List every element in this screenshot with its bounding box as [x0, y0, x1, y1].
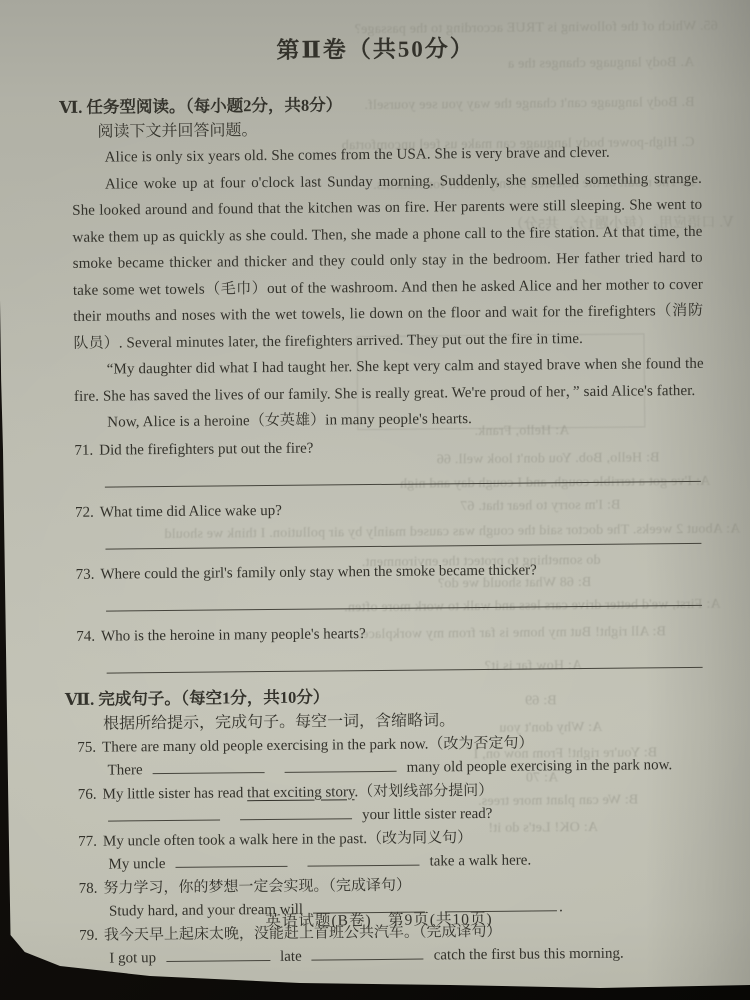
item-prompt: My little sister has read — [102, 785, 247, 802]
answer-text: your little sister read? — [362, 806, 493, 823]
question-text: Where could the girl's family only stay … — [100, 562, 536, 582]
passage-paragraph: Now, Alice is a heroine（女英雄）in many peop… — [74, 404, 704, 437]
item-number: 76. — [78, 786, 97, 802]
item-75: 75.There are many old people exercising … — [77, 730, 707, 783]
item-prompt: .（对划线部分提问） — [354, 782, 493, 799]
item-number: 78. — [79, 880, 98, 896]
item-number: 77. — [78, 833, 97, 849]
answer-text: catch the first bus this morning. — [434, 946, 624, 964]
question-number: 71. — [74, 442, 93, 458]
answer-text: There — [108, 762, 143, 778]
question-text: What time did Alice wake up? — [100, 502, 282, 520]
underlined-phrase: that exciting story — [247, 784, 354, 801]
item-76: 76.My little sister has read that exciti… — [78, 777, 708, 830]
question-number: 73. — [76, 566, 95, 582]
answer-text: late — [280, 949, 302, 965]
answer-text: many old people exercising in the park n… — [406, 757, 672, 776]
question-number: 74. — [76, 628, 95, 644]
item-77: 77.My uncle often took a walk here in th… — [78, 824, 708, 877]
question-text: Who is the heroine in many people's hear… — [101, 626, 366, 645]
item-number: 75. — [77, 739, 96, 755]
fill-blank — [284, 758, 396, 773]
page-title: 第Ⅱ卷（共50分） — [61, 31, 691, 69]
page-content: 第Ⅱ卷（共50分） Ⅵ. 任务型阅读。（每小题2分，共8分） 阅读下文并回答问题… — [0, 0, 750, 1000]
item-prompt: There are many old people exercising in … — [102, 735, 534, 755]
fill-blank — [240, 805, 352, 820]
answer-text: take a walk here. — [429, 853, 531, 870]
photo-background: 65. Which of the following is TRUE accor… — [0, 0, 750, 1000]
exam-paper-page: 65. Which of the following is TRUE accor… — [0, 0, 750, 1000]
answer-text: My uncle — [108, 856, 165, 873]
fill-blank — [312, 946, 424, 961]
question-text: Did the firefighters put out the fire? — [99, 440, 313, 458]
question-number: 72. — [75, 504, 94, 520]
fill-blank — [152, 759, 264, 774]
passage-paragraph: Alice woke up at four o'clock last Sunda… — [72, 165, 704, 357]
fill-blank — [307, 852, 419, 867]
fill-blank — [175, 853, 287, 868]
answer-text: I got up — [109, 950, 156, 966]
fill-blank — [108, 807, 220, 822]
item-prompt: My uncle often took a walk here in the p… — [103, 830, 472, 850]
passage-paragraph: “My daughter did what I had taught her. … — [74, 351, 704, 410]
item-prompt: 努力学习，你的梦想一定会实现。（完成译句） — [103, 877, 411, 896]
fill-blank — [166, 947, 270, 962]
